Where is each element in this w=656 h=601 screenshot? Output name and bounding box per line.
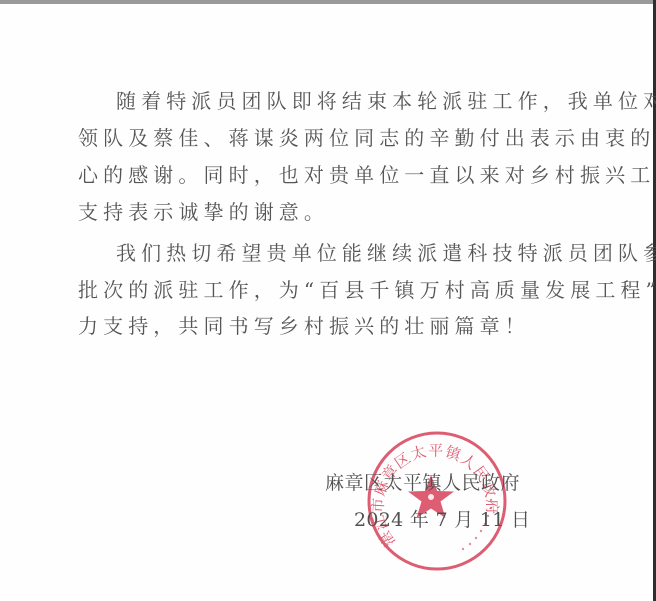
top-border-bar — [0, 0, 656, 4]
official-seal: 湛江市麻章区太平镇人民政府 — [366, 430, 508, 572]
paragraph-2-line-3: 力支持，共同书写乡村振兴的壮丽篇章！ — [78, 314, 530, 338]
paragraph-1-line-3: 心的感谢。同时，也对贵单位一直以来对乡村振兴工作的大力 — [78, 163, 656, 187]
signature-organization: 麻章区太平镇人民政府 — [325, 471, 520, 495]
paragraph-1-line-1: 随着特派员团队即将结束本轮派驻工作，我单位对陈华谱 — [116, 89, 656, 113]
paragraph-2-line-1: 我们热切希望贵单位能继续派遣科技特派员团队参加下一 — [116, 241, 656, 265]
seal-stamp-icon: 湛江市麻章区太平镇人民政府 — [366, 430, 508, 572]
signature-date: 2024 年 7 月 11 日 — [354, 508, 530, 532]
paragraph-2-line-2: 批次的派驻工作，为“百县千镇万村高质量发展工程”提供有 — [78, 278, 656, 302]
paragraph-1-line-4: 支持表示诚挚的谢意。 — [78, 200, 329, 224]
paragraph-1-line-2: 领队及蔡佳、蒋谋炎两位同志的辛勤付出表示由衷的敬意和衷 — [78, 126, 656, 150]
